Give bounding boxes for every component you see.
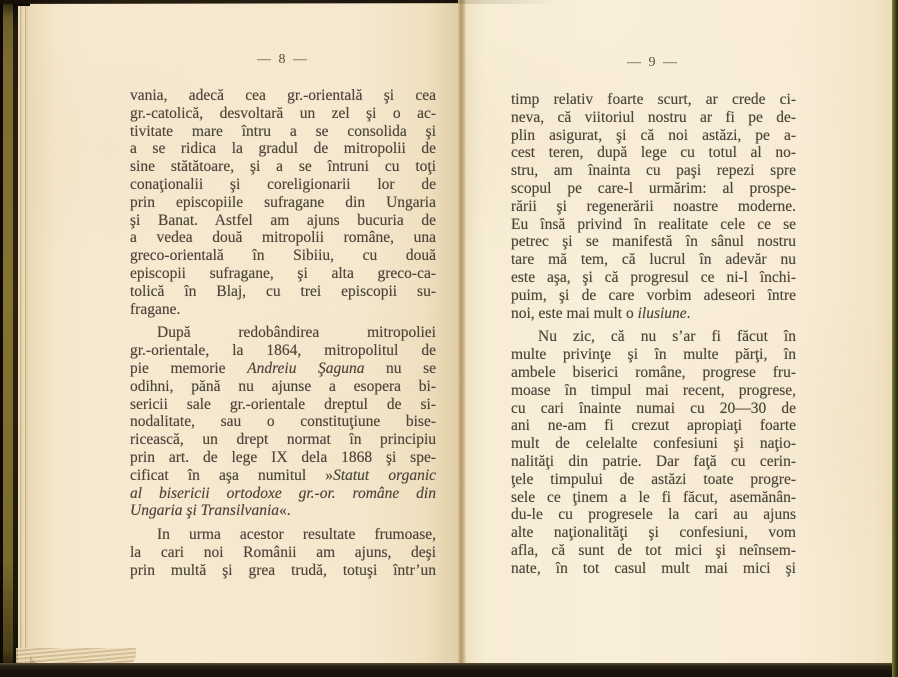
text-line: cu cari înainte numai cu 20—30 de (511, 400, 796, 418)
text-line: Eu însă privind în realitate cele ce se (511, 216, 796, 234)
text-line: sericii sale gr.-orientale dreptul de si… (130, 396, 436, 414)
text-line: fragane. (130, 301, 436, 319)
book-scan: — 8 — — 9 — vania, adecă cea gr.-orienta… (0, 0, 898, 677)
text-line: moase în timpul mai recent, progrese, (511, 382, 796, 400)
text-line: Ungaria şi Transilvania«. (130, 502, 436, 520)
text-line: pie memorie Andreiu Şaguna nu se (130, 360, 436, 378)
text-line: sele ce ţinem a le fi făcut, asemănân- (511, 489, 796, 507)
text-line: mult de celelalte confesiuni şi naţio- (511, 435, 796, 453)
text-line: După redobândirea mitropoliei (130, 324, 436, 342)
page-number-8: — 8 — (130, 52, 436, 68)
text-line: greco-orientală în Sibiiu, cu două (130, 247, 436, 265)
text-line: petrec şi se manifestă în sânul nostru (511, 233, 796, 251)
text-line: tolică în Blaj, cu trei episcopii su- (130, 283, 436, 301)
text-line: du-le cu progresele la cari au ajuns (511, 506, 796, 524)
text-line: prin art. de lege IX dela 1868 şi spe- (130, 449, 436, 467)
text-line: stru, am înainta cu paşi repezi spre (511, 162, 796, 180)
book-cover-edge (3, 0, 13, 677)
page-stack-fore-edges (18, 6, 30, 666)
text-line: prin multă şi grea trudă, totuşi într’un (130, 562, 436, 580)
text-line: scopul pe care-l urmărim: al prospe- (511, 180, 796, 198)
text-line: conaţionalii şi coreligionarii lor de (130, 176, 436, 194)
text-line: alte naţionalităţi şi confesiuni, vom (511, 524, 796, 542)
text-line: gr.-orientale, la 1864, mitropolitul de (130, 342, 436, 360)
text-line: Nu zic, că nu s’ar fi făcut în (511, 328, 796, 346)
text-line: episcopii sufragane, şi alta greco-ca- (130, 265, 436, 283)
text-line: tivitate mare întru a se consolida şi (130, 123, 436, 141)
text-line: noi, este mai mult o ilusiune. (511, 305, 796, 323)
text-line: ambele biserici române, progrese fru- (511, 364, 796, 382)
text-line: vania, adecă cea gr.-orientală şi cea (130, 87, 436, 105)
text-line: nate, în tot casul mult mai mici şi (511, 560, 796, 578)
text-line: In urma acestor resultate frumoase, (130, 526, 436, 544)
text-line: nalităţi din patrie. Dar faţă cu cerin- (511, 453, 796, 471)
scan-top-shadow (0, 0, 560, 4)
text-line: şi Banat. Astfel am ajuns bucuria de (130, 212, 436, 230)
text-line: tare mă tem, că lucrul în adevăr nu (511, 251, 796, 269)
text-line: ricească, un drept normat în principiu (130, 431, 436, 449)
page-number-9: — 9 — (510, 55, 796, 71)
text-line: este aşa, şi că progresul ce ni-l închi- (511, 269, 796, 287)
text-line: odihni, pănă nu ajunse a esopera bi- (130, 378, 436, 396)
text-line: plin asigurat, şi că noi astăzi, pe a- (511, 127, 796, 145)
text-line: sine stătătoare, şi a se întruni cu toţi (130, 158, 436, 176)
text-line: la cari noi Românii am ajuns, deşi (130, 544, 436, 562)
page-8-text-block: vania, adecă cea gr.-orientală şi ceagr.… (130, 87, 436, 580)
text-line: prin episcopiile sufragane din Ungaria (130, 194, 436, 212)
text-line: gr.-catolică, desvoltară un zel şi o ac- (130, 105, 436, 123)
text-line: cest teren, după lege cu totul al no- (511, 144, 796, 162)
text-line: cificat în aşa numitul »Statut organic (130, 467, 436, 485)
text-line: puim, şi de care vorbim adeseori între (511, 287, 796, 305)
text-line: a vedea două mitropolii române, una (130, 229, 436, 247)
text-line: afla, că sunt de tot mici şi neînsem- (511, 542, 796, 560)
text-line: rării şi regenerării noastre moderne. (511, 198, 796, 216)
text-line: timp relativ foarte scurt, ar crede ci- (511, 91, 796, 109)
book-right-edge (892, 0, 898, 677)
text-line: ţele timpului de astăzi toate progre- (511, 471, 796, 489)
text-line: nodalitate, sau o constituţiune bise- (130, 413, 436, 431)
text-line: neva, că viitoriul nostru ar fi pe de- (511, 109, 796, 127)
text-line: ani ne-am fi crezut apropiaţi foarte (511, 417, 796, 435)
text-line: al bisericii ortodoxe gr.-or. române din (130, 485, 436, 503)
text-line: a se ridica la gradul de mitropolii de (130, 140, 436, 158)
page-9-text-block: timp relativ foarte scurt, ar crede ci-n… (511, 91, 796, 578)
book-gutter-shadow (458, 0, 466, 663)
text-line: multe privinţe şi în multe părţi, în (511, 346, 796, 364)
book-bottom-edge (0, 663, 898, 677)
